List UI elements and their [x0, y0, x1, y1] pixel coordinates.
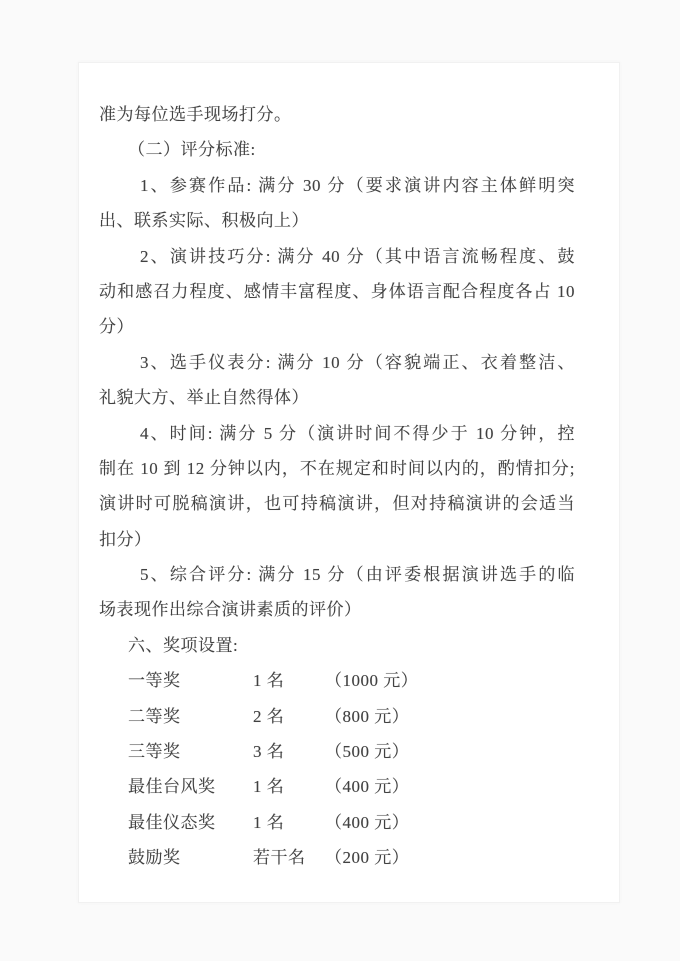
line-item4-part2: 制在 10 到 12 分钟以内，不在规定和时间以内的，酌情扣分; [99, 451, 575, 486]
line-item1-part1: 1、参赛作品: 满分 30 分（要求演讲内容主体鲜明突 [99, 168, 575, 203]
award-count: 1 名 [253, 663, 325, 698]
line-awards-section-heading: 六、奖项设置: [99, 628, 575, 663]
line-scoring-criteria-heading: （二）评分标准: [99, 132, 575, 167]
award-row-best-stage-presence: 最佳台风奖 1 名 （400 元） [99, 769, 575, 804]
award-amount: （400 元） [325, 769, 575, 804]
line-item2-part3: 分） [99, 309, 575, 344]
page-background: 准为每位选手现场打分。 （二）评分标准: 1、参赛作品: 满分 30 分（要求演… [0, 0, 680, 961]
line-carryover: 准为每位选手现场打分。 [99, 97, 575, 132]
award-name: 二等奖 [128, 699, 253, 734]
award-row-encouragement: 鼓励奖 若干名 （200 元） [99, 840, 575, 875]
award-amount: （400 元） [325, 805, 575, 840]
line-item4-part4: 扣分） [99, 522, 575, 557]
award-amount: （800 元） [325, 699, 575, 734]
award-name: 最佳台风奖 [128, 769, 253, 804]
line-item2-part2: 动和感召力程度、感情丰富程度、身体语言配合程度各占 10 [99, 274, 575, 309]
award-count: 若干名 [253, 840, 325, 875]
award-name: 三等奖 [128, 734, 253, 769]
award-count: 2 名 [253, 699, 325, 734]
line-item3-part1: 3、选手仪表分: 满分 10 分（容貌端正、衣着整洁、 [99, 345, 575, 380]
award-name: 最佳仪态奖 [128, 805, 253, 840]
award-row-first-prize: 一等奖 1 名 （1000 元） [99, 663, 575, 698]
line-item4-part3: 演讲时可脱稿演讲，也可持稿演讲，但对持稿演讲的会适当 [99, 486, 575, 521]
award-row-best-demeanor: 最佳仪态奖 1 名 （400 元） [99, 805, 575, 840]
line-item2-part1: 2、演讲技巧分: 满分 40 分（其中语言流畅程度、鼓 [99, 239, 575, 274]
line-item4-part1: 4、时间: 满分 5 分（演讲时间不得少于 10 分钟，控 [99, 416, 575, 451]
award-amount: （500 元） [325, 734, 575, 769]
award-amount: （200 元） [325, 840, 575, 875]
award-count: 1 名 [253, 769, 325, 804]
award-count: 3 名 [253, 734, 325, 769]
line-item5-part2: 场表现作出综合演讲素质的评价） [99, 592, 575, 627]
line-item5-part1: 5、综合评分: 满分 15 分（由评委根据演讲选手的临 [99, 557, 575, 592]
line-item1-part2: 出、联系实际、积极向上） [99, 203, 575, 238]
award-amount: （1000 元） [325, 663, 575, 698]
document-page: 准为每位选手现场打分。 （二）评分标准: 1、参赛作品: 满分 30 分（要求演… [78, 62, 620, 903]
award-row-second-prize: 二等奖 2 名 （800 元） [99, 699, 575, 734]
award-count: 1 名 [253, 805, 325, 840]
award-name: 一等奖 [128, 663, 253, 698]
document-text-block: 准为每位选手现场打分。 （二）评分标准: 1、参赛作品: 满分 30 分（要求演… [99, 97, 575, 876]
award-row-third-prize: 三等奖 3 名 （500 元） [99, 734, 575, 769]
line-item3-part2: 礼貌大方、举止自然得体） [99, 380, 575, 415]
award-name: 鼓励奖 [128, 840, 253, 875]
